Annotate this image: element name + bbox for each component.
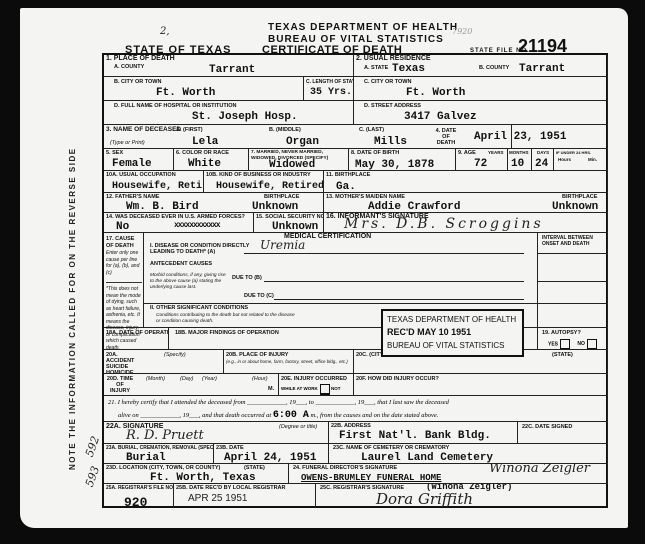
field-age-years: 9. AGE YEARS 72 <box>456 149 508 171</box>
death-time-value: 6:00 A <box>273 410 309 421</box>
dod-value: April 23, 1951 <box>474 131 566 143</box>
armed-dates-value: xxxxxxxxxxxx <box>174 221 220 230</box>
burial-date-value: April 24, 1951 <box>224 452 316 464</box>
burial-location-value: Ft. Worth, Texas <box>150 472 256 484</box>
middle-name-value: Organ <box>286 136 319 148</box>
field-how-injury: 20f. HOW DID INJURY OCCUR? <box>354 374 608 396</box>
father-birthplace-value: Unknown <box>252 201 298 213</box>
marital-value: Widowed <box>269 159 315 171</box>
field-armed-forces: 14. WAS DECEASED EVER IN U.S. ARMED FORC… <box>104 213 254 233</box>
ssn-value: Unknown <box>272 221 318 233</box>
field-accident: 20a. ACCIDENT SUICIDE HOMICIDE (Specify) <box>104 350 224 374</box>
stay-value: 35 Yrs. <box>310 87 352 98</box>
field-residence-street: d. STREET ADDRESS 3417 Galvez <box>354 101 608 125</box>
residence-city-value: Ft. Worth <box>406 87 465 99</box>
autopsy-yes-checkbox[interactable] <box>560 339 570 349</box>
field-injury-occurred: 20e. INJURY OCCURRED WHILE AT WORK NOT W… <box>279 374 354 396</box>
first-name-value: Lela <box>192 136 218 148</box>
cause-a-value: Uremia <box>260 238 305 252</box>
occupation-value: Housewife, Retired <box>112 181 204 192</box>
residence-state-value: Texas <box>392 63 425 75</box>
field-birthplace: 11. BIRTHPLACE Ga. <box>324 171 608 193</box>
field-burial-type: 23a. BURIAL, CREMATION, REMOVAL (Specify… <box>104 444 214 464</box>
field-business: 10b. KIND OF BUSINESS OR INDUSTRY Housew… <box>204 171 324 193</box>
director-signature: Winona Zeigler <box>489 464 590 476</box>
field-residence-city: c. CITY OR TOWN Ft. Worth <box>354 77 608 101</box>
field-registrar-signature: 25c. REGISTRAR'S SIGNATURE (Winona Zeigl… <box>316 484 608 508</box>
sheet-mark: 2, <box>160 26 170 37</box>
field-cemetery: 23c. NAME OF CEMETERY OR CREMATORY Laure… <box>329 444 608 464</box>
while-at-work-checkbox[interactable] <box>320 384 330 394</box>
field-dob: 8. DATE OF BIRTH May 30, 1878 <box>349 149 456 171</box>
burial-type-value: Burial <box>126 452 166 464</box>
field-funeral-director: 24. FUNERAL DIRECTOR'S SIGNATURE OWENS-B… <box>289 464 608 484</box>
field-length-of-stay: c. LENGTH OF STAY (in this place) 35 Yrs… <box>304 77 354 101</box>
field-registrar-file: 25a. REGISTRAR'S FILE NO. 920 <box>104 484 174 508</box>
autopsy-no-checkbox[interactable] <box>587 339 597 349</box>
field-operation-date: 18a. DATE OF OPERATION <box>104 328 169 350</box>
last-name-value: Mills <box>374 136 407 148</box>
field-age-months: MONTHS 10 <box>508 149 532 171</box>
hospital-value: St. Joseph Hosp. <box>192 111 298 123</box>
certificate-form: 1. PLACE OF DEATH a. COUNTY Tarrant 2. U… <box>102 53 608 508</box>
informant-signature: Mrs. D.B. Scroggins <box>344 216 544 232</box>
field-autopsy: 19. AUTOPSY? YES NO <box>538 328 608 350</box>
field-physician-signature: 22a. SIGNATURE (Degree or title) R. D. P… <box>104 422 329 444</box>
field-residence-state: 2. USUAL RESIDENCE a. STATE Texas b. COU… <box>354 55 608 77</box>
age-months-value: 10 <box>511 158 524 170</box>
funeral-home-value: OWENS-BRUMLEY FUNERAL HOME <box>301 473 441 483</box>
age-years-value: 72 <box>474 158 487 170</box>
field-place-city: b. CITY OR TOWN Ft. Worth <box>104 77 304 101</box>
field-ssn: 15. SOCIAL SECURITY NO. Unknown <box>254 213 324 233</box>
faint-number: 7920 <box>452 27 472 36</box>
field-place-county: 1. PLACE OF DEATH a. COUNTY Tarrant <box>104 55 354 77</box>
field-hospital: d. FULL NAME OF HOSPITAL OR INSTITUTION … <box>104 101 354 125</box>
field-race: 6. COLOR OR RACE White <box>174 149 249 171</box>
field-burial-location: 23d. LOCATION (City, town, or county) (S… <box>104 464 289 484</box>
field-dod: 4. DATE OF DEATH April 23, 1951 <box>429 125 608 149</box>
field-occupation: 10a. USUAL OCCUPATION Housewife, Retired <box>104 171 204 193</box>
field-physician-address: 22b. ADDRESS First Nat'l. Bank Bldg. <box>329 422 518 444</box>
field-mother: 13. MOTHER'S MAIDEN NAME Addie Crawford … <box>324 193 608 213</box>
mother-value: Addie Crawford <box>368 201 460 213</box>
age-days-value: 24 <box>535 158 548 170</box>
received-stamp: TEXAS DEPARTMENT OF HEALTH REC'D MAY 10 … <box>381 309 524 357</box>
armed-forces-value: No <box>116 221 129 233</box>
sex-value: Female <box>112 158 152 170</box>
field-interval: INTERVAL BETWEEN ONSET AND DEATH <box>538 233 608 328</box>
field-injury-time: 20d. TIME OF INJURY (Month) (Day) (Year)… <box>104 374 279 396</box>
residence-street-value: 3417 Galvez <box>404 111 477 123</box>
field-injury-place: 20b. PLACE OF INJURY (e.g., in or about … <box>224 350 354 374</box>
business-value: Housewife, Retired <box>216 181 324 192</box>
race-value: White <box>188 158 221 170</box>
place-city-value: Ft. Worth <box>156 87 215 99</box>
field-marital: 7. MARRIED, NEVER MARRIED, WIDOWED, DIVO… <box>249 149 349 171</box>
date-received-value: APR 25 1951 <box>188 493 248 504</box>
cemetery-value: Laurel Land Cemetery <box>361 452 493 464</box>
agency-line-1: TEXAS DEPARTMENT OF HEALTH <box>268 22 458 33</box>
field-age-hours: IF UNDER 24 HRS. Hours Min. <box>554 149 608 171</box>
physician-signature: R. D. Pruett <box>126 428 204 443</box>
field-age-days: DAYS 24 <box>532 149 554 171</box>
physician-address-value: First Nat'l. Bank Bldg. <box>339 430 491 442</box>
field-date-signed: 22c. DATE SIGNED <box>518 422 608 444</box>
place-county-value: Tarrant <box>209 64 255 76</box>
father-value: Wm. B. Bird <box>126 201 199 213</box>
field-burial-date: 23b. DATE April 24, 1951 <box>214 444 329 464</box>
registrar-signature: Dora Griffith <box>376 490 473 508</box>
mother-birthplace-value: Unknown <box>552 201 598 213</box>
physician-certification: 21. I hereby certify that I attended the… <box>104 396 608 422</box>
field-father: 12. FATHER'S NAME Wm. B. Bird BIRTHPLACE… <box>104 193 324 213</box>
registrar-file-value: 920 <box>124 495 147 508</box>
field-informant: 16. INFORMANT'S SIGNATURE Mrs. D.B. Scro… <box>324 213 608 233</box>
field-sex: 5. SEX Female <box>104 149 174 171</box>
birthplace-value: Ga. <box>336 181 356 193</box>
field-date-received: 25b. DATE REC'D BY LOCAL REGISTRAR APR 2… <box>174 484 316 508</box>
reverse-side-note: NOTE THE INFORMATION CALLED FOR ON THE R… <box>68 147 77 470</box>
dob-value: May 30, 1878 <box>355 159 434 171</box>
residence-county-value: Tarrant <box>519 63 565 75</box>
